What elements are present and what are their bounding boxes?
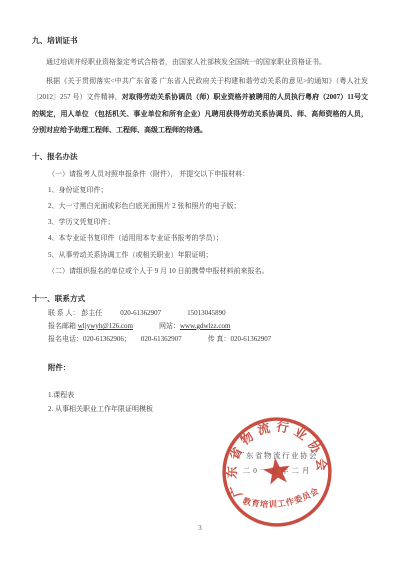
stamp-top-arc-text: 广东省物流行业协会: [217, 412, 333, 500]
tel-label: 报名电话：: [48, 335, 83, 343]
contact-person-label: 联 系 人： 彭主任: [48, 309, 102, 317]
website-label: 网站：: [159, 322, 180, 330]
email-label: 报名邮箱: [48, 322, 78, 330]
material-item: 2、大一寸黑白光面或彩色白底光面照片 2 张和照片的电子版；: [48, 198, 368, 214]
website-link[interactable]: www.gdwlzz.com: [180, 322, 230, 330]
page-number: 3: [0, 524, 400, 532]
stamp-bottom-arc-text: 教育培训工作委员会: [240, 485, 322, 514]
official-seal-stamp: 广东省物流行业协会 教育培训工作委员会: [211, 406, 342, 537]
section9-heading: 九、培训证书: [32, 36, 368, 45]
fax-label: 传 真：: [208, 335, 231, 343]
stamp-star-icon: [262, 456, 292, 485]
contact-block: 联 系 人： 彭主任020-6136290715013045890 报名邮箱 w…: [32, 307, 368, 346]
material-item: 4、本专业证书复印件（适用用本专业证书报考的学员）；: [48, 230, 368, 246]
tel-number-2: 020-61362907: [141, 335, 182, 343]
tel-number-1: 020-61362906；: [83, 335, 131, 343]
material-item: 1、身份证复印件；: [48, 182, 368, 198]
contact-phone-1: 020-61362907: [120, 309, 161, 317]
email-link[interactable]: wljywyh@126.com: [78, 322, 133, 330]
document-page: 九、培训证书 通过培训并经职业资格鉴定考试合格者，由国家人社部核发全国统一的国家…: [0, 0, 400, 566]
attachments-heading: 附件：: [48, 362, 368, 373]
contact-person-line: 联 系 人： 彭主任020-6136290715013045890: [48, 307, 368, 320]
section9-paragraph-2: 根据《关于贯彻落实<中共广东省委 广东省人民政府关于构建和谐劳动关系的意见>的通…: [32, 73, 368, 139]
material-item: 3、学历文凭复印件；: [48, 214, 368, 230]
section11-heading: 十一、联系方式: [32, 294, 368, 303]
section10-item-2: （二）请组织报名的单位或个人于 9 月 10 日前携带申报材料前来报名。: [48, 263, 368, 279]
material-item: 5、从事劳动关系协调工作（或相关职业）年限证明；: [48, 247, 368, 263]
attachment-item: 1.课程表: [48, 388, 368, 402]
section10-heading: 十、报名办法: [32, 152, 368, 161]
section9-paragraph-1: 通过培训并经职业资格鉴定考试合格者，由国家人社部核发全国统一的国家职业资格证书。: [32, 54, 368, 71]
contact-tel-line: 报名电话：020-61362906；020-61362907传 真：020-61…: [48, 333, 368, 346]
fax-number: 020-61362907: [230, 335, 271, 343]
contact-phone-2: 15013045890: [187, 309, 226, 317]
section10-item-1: （一）请报考人员对照申报条件（附件）， 并提交以下申报材料：: [48, 166, 368, 182]
contact-email-line: 报名邮箱 wljywyh@126.com网站：www.gdwlzz.com: [48, 320, 368, 333]
